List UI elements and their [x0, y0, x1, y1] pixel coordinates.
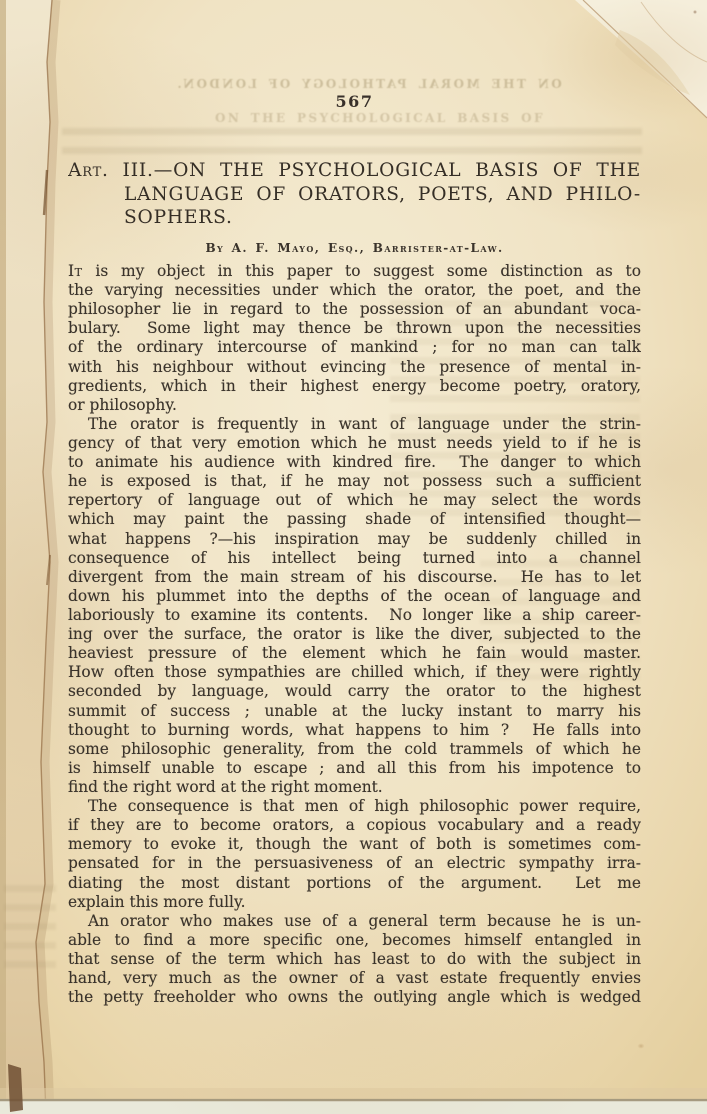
article-byline: By A. F. Mayo, Esq., Barrister-at-Law.	[68, 241, 641, 255]
body-line: gredients, which in their highest energy…	[68, 377, 641, 396]
body-line: pensated for in the persuasiveness of an…	[68, 854, 641, 873]
body-line: what happens ?—his inspiration may be su…	[68, 530, 641, 549]
page-number: 567	[68, 92, 641, 111]
body-line: or philosophy.	[68, 396, 641, 415]
bottom-edge-shade	[0, 1088, 707, 1099]
body-line: heaviest pressure of the element which h…	[68, 644, 641, 663]
body-line: ing over the surface, the orator is like…	[68, 625, 641, 644]
body-line: How often those sympathies are chilled w…	[68, 663, 641, 682]
body-line: thought to burning words, what happens t…	[68, 721, 641, 740]
bottom-left-fragment	[8, 1064, 23, 1112]
body-line: is himself unable to escape ; and all th…	[68, 759, 641, 778]
body-line: bulary. Some light may thence be thrown …	[68, 319, 641, 338]
body-line: some philosophic generality, from the co…	[68, 740, 641, 759]
body-line: The consequence is that men of high phil…	[68, 797, 641, 816]
body-line: find the right word at the right moment.	[68, 778, 641, 797]
article-heading: Art. III.—ON THE PSYCHOLOGICAL BASIS OF …	[68, 159, 641, 230]
body-line: An orator who makes use of a general ter…	[68, 912, 641, 931]
body-line: memory to evoke it, though the want of b…	[68, 835, 641, 854]
body-line: with his neighbour without evincing the …	[68, 358, 641, 377]
body-line: philosopher lie in regard to the possess…	[68, 300, 641, 319]
ghost-verso-header: ON THE MORAL PATHOLOGY OF LONDON.	[175, 77, 562, 91]
body-line: he is exposed is that, if he may not pos…	[68, 472, 641, 491]
body-line: hand, very much as the owner of a vast e…	[68, 969, 641, 988]
gutter-sliver	[0, 0, 6, 1114]
body-line: if they are to become orators, a copious…	[68, 816, 641, 835]
body-line: laboriously to examine its contents. No …	[68, 606, 641, 625]
body-line: of the ordinary intercourse of mankind ;…	[68, 338, 641, 357]
heading-line: Art. III.—ON THE PSYCHOLOGICAL BASIS OF …	[68, 159, 641, 183]
body-line: It is my object in this paper to suggest…	[68, 262, 641, 281]
heading-line: LANGUAGE OF ORATORS, POETS, AND PHILO-	[68, 183, 641, 207]
body-line: summit of success ; unable at the lucky …	[68, 702, 641, 721]
body-line: consequence of his intellect being turne…	[68, 549, 641, 568]
heading-line: SOPHERS.	[68, 206, 641, 230]
lead-word: It	[68, 262, 83, 280]
body-line: seconded by language, would carry the or…	[68, 682, 641, 701]
body-line: diating the most distant portions of the…	[68, 874, 641, 893]
body-line: to animate his audience with kindred fir…	[68, 453, 641, 472]
body-line: repertory of language out of which he ma…	[68, 491, 641, 510]
body-line: divergent from the main stream of his di…	[68, 568, 641, 587]
body-line: that sense of the term which has least t…	[68, 950, 641, 969]
body-line: The orator is frequently in want of lang…	[68, 415, 641, 434]
body-line: down his plummet into the depths of the …	[68, 587, 641, 606]
body-line: able to find a more specific one, become…	[68, 931, 641, 950]
article-body: It is my object in this paper to suggest…	[68, 262, 641, 1007]
surface-below-page	[0, 1101, 707, 1114]
ghost-offset-header: ON THE PSYCHOLOGICAL BASIS OF	[215, 111, 545, 125]
body-line: the petty freeholder who owns the outlyi…	[68, 988, 641, 1007]
body-line: explain this more fully.	[68, 893, 641, 912]
body-line: gency of that very emotion which he must…	[68, 434, 641, 453]
body-line: the varying necessities under which the …	[68, 281, 641, 300]
scanned-book-page: ON THE MORAL PATHOLOGY OF LONDON. ON THE…	[0, 0, 707, 1114]
body-line: which may paint the passing shade of int…	[68, 510, 641, 529]
